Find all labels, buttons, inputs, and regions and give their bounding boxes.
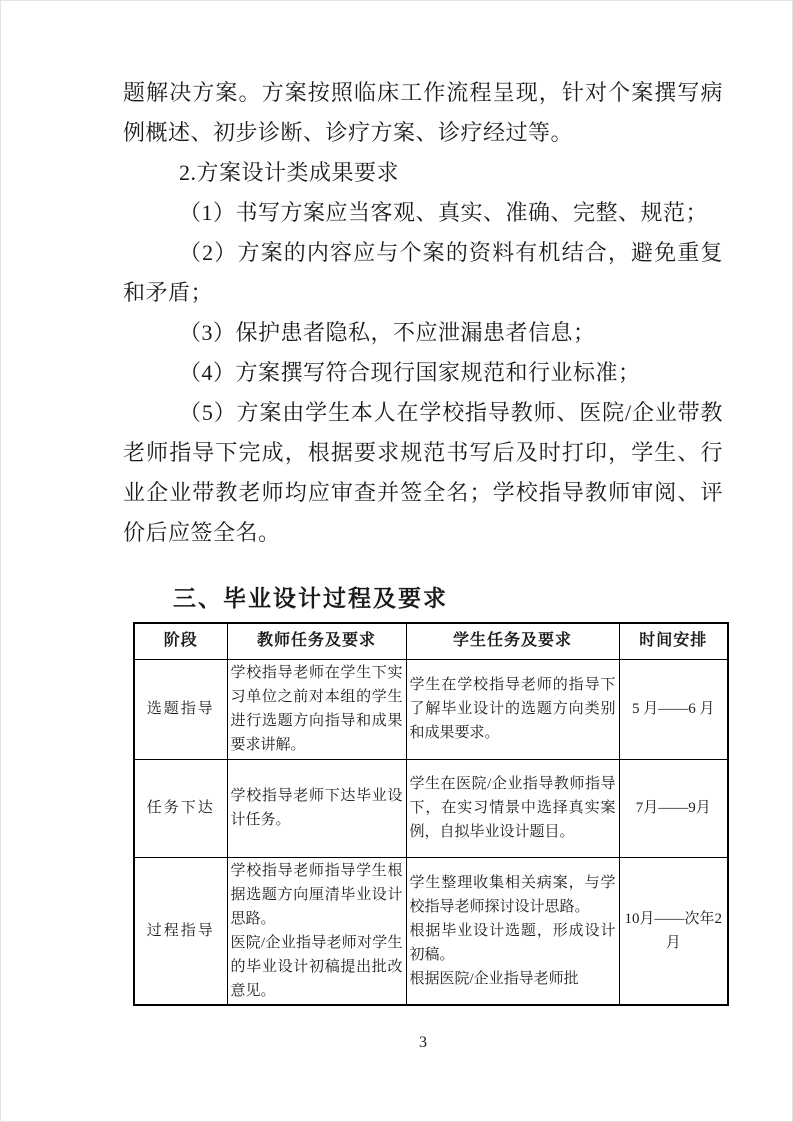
document-page: 题解决方案。方案按照临床工作流程呈现，针对个案撰写病例概述、初步诊断、诊疗方案、… [0,0,793,1122]
body-paragraph-item-1: （1）书写方案应当客观、真实、准确、完整、规范； [123,193,723,233]
body-paragraph-item-5: （5）方案由学生本人在学校指导教师、医院/企业带教老师指导下完成，根据要求规范书… [123,393,723,553]
table-row: 选题指导 学校指导老师在学生下实习单位之前对本组的学生进行选题方向指导和成果要求… [134,659,728,759]
cell-student-task: 学生在学校指导老师的指导下了解毕业设计的选题方向类别和成果要求。 [406,659,619,759]
cell-stage: 过程指导 [134,857,227,1005]
cell-schedule: 10月——次年2月 [619,857,728,1005]
table-header-student-tasks: 学生任务及要求 [406,623,619,659]
table-row: 过程指导 学校指导老师指导学生根据选题方向厘清毕业设计思路。 医院/企业指导老师… [134,857,728,1005]
page-content: 题解决方案。方案按照临床工作流程呈现，针对个案撰写病例概述、初步诊断、诊疗方案、… [123,73,723,1006]
table-header-stage: 阶段 [134,623,227,659]
cell-stage: 任务下达 [134,759,227,857]
cell-schedule: 5 月——6 月 [619,659,728,759]
cell-stage: 选题指导 [134,659,227,759]
body-paragraph-subheading: 2.方案设计类成果要求 [123,153,723,193]
section-heading: 三、毕业设计过程及要求 [123,579,723,619]
table-header-row: 阶段 教师任务及要求 学生任务及要求 时间安排 [134,623,728,659]
cell-teacher-task: 学校指导老师指导学生根据选题方向厘清毕业设计思路。 医院/企业指导老师对学生的毕… [227,857,406,1005]
body-paragraph-item-3: （3）保护患者隐私，不应泄漏患者信息； [123,313,723,353]
body-paragraph-item-2: （2）方案的内容应与个案的资料有机结合，避免重复和矛盾； [123,233,723,313]
body-paragraph-continuation: 题解决方案。方案按照临床工作流程呈现，针对个案撰写病例概述、初步诊断、诊疗方案、… [123,73,723,153]
cell-student-task: 学生整理收集相关病案，与学校指导老师探讨设计思路。 根据毕业设计选题，形成设计初… [406,857,619,1005]
cell-schedule: 7月——9月 [619,759,728,857]
page-number: 3 [123,1033,723,1053]
body-paragraph-item-4: （4）方案撰写符合现行国家规范和行业标准； [123,353,723,393]
cell-student-task: 学生在医院/企业指导教师指导下，在实习情景中选择真实案例，自拟毕业设计题目。 [406,759,619,857]
graduation-process-table: 阶段 教师任务及要求 学生任务及要求 时间安排 选题指导 学校指导老师在学生下实… [133,622,729,1006]
table-header-teacher-tasks: 教师任务及要求 [227,623,406,659]
table-header-schedule: 时间安排 [619,623,728,659]
cell-teacher-task: 学校指导老师下达毕业设计任务。 [227,759,406,857]
cell-teacher-task: 学校指导老师在学生下实习单位之前对本组的学生进行选题方向指导和成果要求讲解。 [227,659,406,759]
table-row: 任务下达 学校指导老师下达毕业设计任务。 学生在医院/企业指导教师指导下，在实习… [134,759,728,857]
